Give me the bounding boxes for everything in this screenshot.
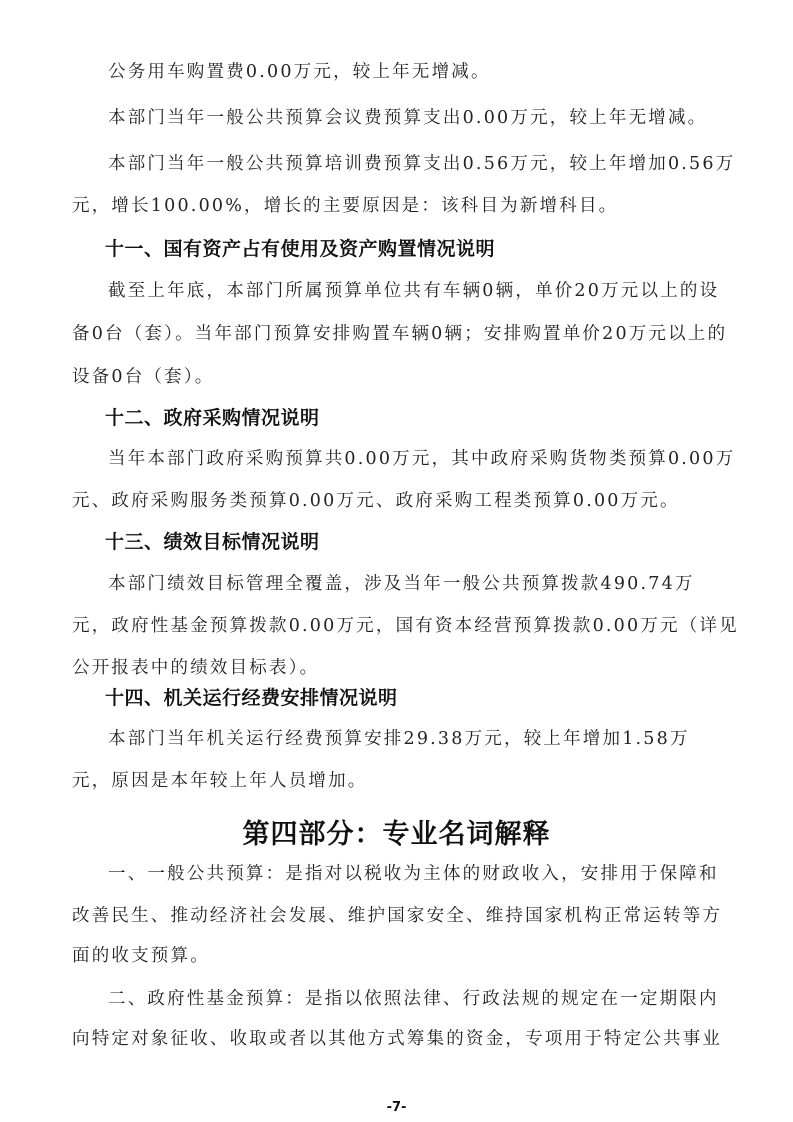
page-number: -7-	[0, 1100, 793, 1115]
paragraph-training-fee-line-1: 本部门当年一般公共预算培训费预算支出0.56万元，较上年增加0.56万	[108, 150, 735, 175]
part-four-title: 第四部分：专业名词解释	[0, 812, 793, 851]
section-heading-procurement: 十二、政府采购情况说明	[105, 403, 320, 430]
section-procurement-line-1: 当年本部门政府采购预算共0.00万元，其中政府采购货物类预算0.00万	[108, 445, 735, 470]
section-assets-line-1: 截至上年底，本部门所属预算单位共有车辆0辆，单价20万元以上的设	[108, 277, 719, 302]
term-general-budget-line-3: 面的收支预算。	[72, 942, 210, 967]
section-performance-line-2: 元，政府性基金预算拨款0.00万元，国有资本经营预算拨款0.00万元（详见	[72, 612, 739, 637]
section-assets-line-3: 设备0台（套）。	[72, 363, 214, 388]
section-heading-assets: 十一、国有资产占有使用及资产购置情况说明	[105, 234, 495, 261]
document-page: 公务用车购置费0.00万元，较上年无增减。 本部门当年一般公共预算会议费预算支出…	[0, 0, 793, 1122]
section-performance-line-3: 公开报表中的绩效目标表）。	[72, 654, 319, 679]
section-performance-line-1: 本部门绩效目标管理全覆盖，涉及当年一般公共预算拨款490.74万	[108, 570, 695, 595]
term-fund-budget-line-2: 向特定对象征收、收取或者以其他方式筹集的资金，专项用于特定公共事业	[72, 1025, 722, 1050]
term-general-budget-line-2: 改善民生、推动经济社会发展、维护国家安全、维持国家机构正常运转等方	[72, 902, 722, 927]
term-fund-budget-line-1: 二、政府性基金预算：是指以依照法律、行政法规的规定在一定期限内	[108, 985, 719, 1010]
section-procurement-line-2: 元、政府采购服务类预算0.00万元、政府采购工程类预算0.00万元。	[72, 487, 680, 512]
paragraph-training-fee-line-2: 元，增长100.00%，增长的主要原因是：该科目为新增科目。	[72, 192, 618, 217]
section-assets-line-2: 备0台（套）。当年部门预算安排购置车辆0辆；安排购置单价20万元以上的	[72, 320, 727, 345]
section-operating-costs-line-2: 元，原因是本年较上年人员增加。	[72, 767, 368, 792]
section-operating-costs-line-1: 本部门当年机关运行经费预算安排29.38万元，较上年增加1.58万	[108, 725, 690, 750]
section-heading-operating-costs: 十四、机关运行经费安排情况说明	[105, 683, 398, 710]
section-heading-performance: 十三、绩效目标情况说明	[105, 527, 320, 554]
paragraph-meeting-fee: 本部门当年一般公共预算会议费预算支出0.00万元，较上年无增减。	[108, 104, 707, 129]
paragraph-vehicle-purchase: 公务用车购置费0.00万元，较上年无增减。	[108, 58, 491, 83]
term-general-budget-line-1: 一、一般公共预算：是指对以税收为主体的财政收入，安排用于保障和	[108, 860, 719, 885]
